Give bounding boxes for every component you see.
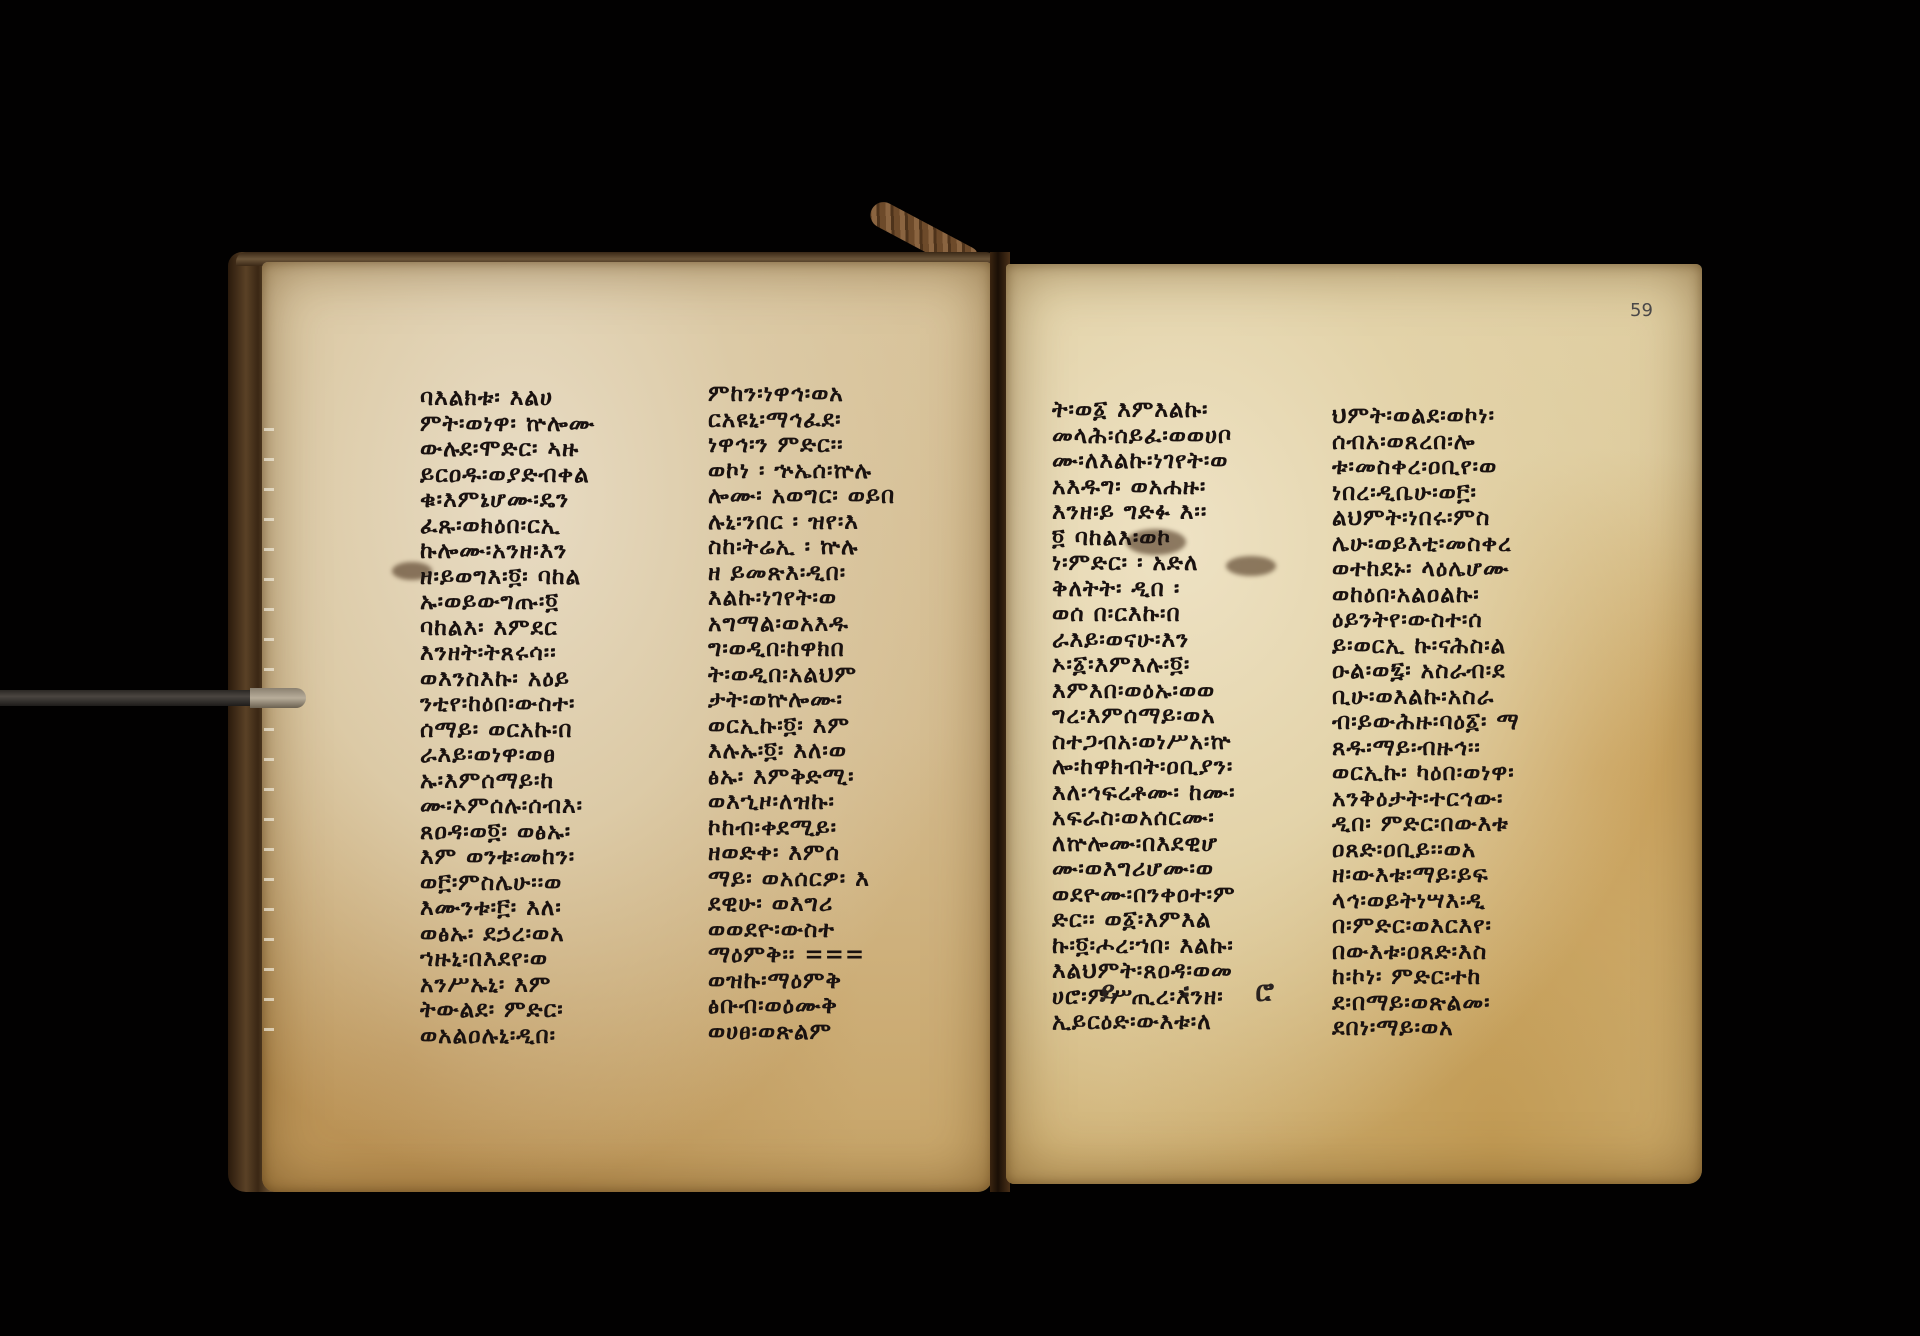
text-line: ልህምት፡ነበሩ፡ምስ — [1332, 506, 1520, 532]
text-line: ወከዕበ፡አልዐልኩ፡ — [1332, 583, 1520, 609]
text-line: ለኵሎሙ፡በእደዊሆ — [1052, 832, 1236, 858]
right-page-column-2: ህምት፡ወልደ፡ወኮነ፡ ሰብአ፡ወጸረበ፡ሎ ቱ፡መስቀረ፡ዐቢየ፡ወ ነበረ… — [1332, 404, 1520, 1042]
text-line: ራእይ፡ወነዋ፡ወፀ — [420, 743, 595, 769]
text-line: ስከ፡ትሬኢ ፡ ኵሉ — [708, 535, 895, 561]
text-line: ወተከደኑ፡ ላዕሌሆሙ — [1332, 557, 1520, 583]
text-line: በ፡ምድር፡ወእርእየ፡ — [1332, 914, 1520, 940]
text-line: ጸዱ፡ማይ፡ብዙኅ፡፡ — [1332, 736, 1520, 762]
text-line: ዘ ይመጽእ፡ዲበ፡ — [708, 561, 895, 587]
text-line: ኦ፡፩፡እምእሉ፡፬፡ — [1052, 653, 1236, 679]
text-line: ዐጸድ፡ዐቢይ፡፡ወአ — [1332, 838, 1520, 864]
text-line: ንቲየ፡ከዕበ፡ውስተ፡ — [420, 692, 595, 718]
text-line: ወደዮሙ፡በንቀዐተ፡ም — [1052, 883, 1236, 909]
text-line: ወፅኡ፡ ደኃረ፡ወአ — [420, 922, 595, 948]
text-line: ርአዩኒ፡ማኅፈደ፡ — [708, 408, 895, 434]
folio-number: 59 — [1630, 300, 1653, 321]
catchword: ይ ፡ ሮ — [1100, 975, 1302, 1009]
text-line: ደ፡በማይ፡ወጽልመ፡ — [1332, 991, 1520, 1017]
right-page-column-1: ት፡ወ፩ እምእልኩ፡ መላሕ፡ሰይፈ፡ወወሀቦ ሙ፡ለእልኩ፡ነገየት፡ወ አ… — [1052, 398, 1236, 1036]
text-line: ማዕምቅ፡፡ === — [708, 943, 895, 969]
text-line: ፅቡብ፡ወዕሙቅ — [708, 994, 895, 1020]
text-line: ዘወድቀ፡ እምሰ — [708, 841, 895, 867]
text-line: ደዊሁ፡ ወእግሪ — [708, 892, 895, 918]
text-line: ቢሁ፡ወእልኩ፡አስራ — [1332, 685, 1520, 711]
text-line: ሎ፡ከዋክብት፡ዐቢያን፡ — [1052, 755, 1236, 781]
text-line: አእዱግ፡ ወአሐዙ፡ — [1052, 475, 1236, 501]
text-line: ወወደዮ፡ውስተ — [708, 918, 895, 944]
text-line: ወእንስእኩ፡ አዕይ — [420, 667, 595, 693]
text-line: ብ፡ይውሕዙ፡ባዕ፩፡ ማ — [1332, 710, 1520, 736]
text-line: ምት፡ወነዋ፡ ኵሎሙ — [420, 412, 595, 438]
text-line: ነበረ፡ዲቤሁ፡ወ፫፡ — [1332, 481, 1520, 507]
text-line: ነዋኅ፡ን ምድር፡፡ — [708, 433, 895, 459]
text-line: ት፡ወዲበ፡አልህም — [708, 663, 895, 689]
text-line: ዘ፡ይወግእ፡፬፡ ባከል — [420, 565, 595, 591]
pricking-holes — [264, 410, 274, 1050]
text-line: ሌሁ፡ወይእቲ፡መስቀረ — [1332, 532, 1520, 558]
text-line: እሙንቱ፡፫፡ እለ፡ — [420, 896, 595, 922]
text-line: ዑል፡ወ፯፡ አስራብ፡ደ — [1332, 659, 1520, 685]
text-line: ትውልደ፡ ምድር፡ — [420, 998, 595, 1024]
text-line: ከ፡ኮነ፡ ምድር፡ተከ — [1332, 965, 1520, 991]
text-line: በውእቱ፡ዐጸድ፡እስ — [1332, 940, 1520, 966]
text-line: እም ወንቱ፡መከን፡ — [420, 845, 595, 871]
text-line: ሰማይ፡ ወርአኩ፡በ — [420, 718, 595, 744]
text-line: ወአልዐሉኒ፡ዲበ፡ — [420, 1024, 595, 1050]
text-line: እለ፡ኅፍረቶሙ፡ ከሙ፡ — [1052, 781, 1236, 807]
text-line: ስተጋብአ፡ወነሥአ፡ኵ — [1052, 730, 1236, 756]
text-line: ወኮነ ፡ ኍኤሰ፡ኵሉ — [708, 459, 895, 485]
text-line: ፅኡ፡ እምቅድሚ፡ — [708, 765, 895, 791]
text-line: ወሀፀ፡ወጽልም — [708, 1020, 895, 1046]
text-line: ኡ፡እምሰማይ፡ከ — [420, 769, 595, 795]
text-line: ኩ፡፬፡ሖረ፡ኀበ፡ እልኩ፡ — [1052, 934, 1236, 960]
text-line: ራእይ፡ወናሁ፡እን — [1052, 628, 1236, 654]
text-line: ዘ፡ውእቱ፡ማይ፡ይፍ — [1332, 863, 1520, 889]
pointer-stick-tip — [250, 688, 306, 708]
text-line: ምከን፡ነዋኅ፡ወአ — [708, 382, 895, 408]
text-line: ኩሎሙ፡አንዘ፡እን — [420, 539, 595, 565]
text-line: ነ፡ምድር፡ ፡ አድለ — [1052, 551, 1236, 577]
text-line: ወርኢኩ፡፬፡ እም — [708, 714, 895, 740]
text-line: ወ፫፡ምስሌሁ፡፡ወ — [420, 871, 595, 897]
text-line: እንዘ፡ይ ግድፉ እ፡፡ — [1052, 500, 1236, 526]
text-line: አፍራስ፡ወአሰርሙ፡ — [1052, 806, 1236, 832]
text-line: እንዘት፡ትጸሩሳ፡፡ — [420, 641, 595, 667]
text-line: ባከልእ፡ እምደር — [420, 616, 595, 642]
text-line: እልኩ፡ነገየት፡ወ — [708, 586, 895, 612]
text-line: ሙ፡ወእግሪሆሙ፡ወ — [1052, 857, 1236, 883]
text-line: ወእኂዞ፡ለዝኩ፡ — [708, 790, 895, 816]
left-page-column-2: ምከን፡ነዋኅ፡ወአ ርአዩኒ፡ማኅፈደ፡ ነዋኅ፡ን ምድር፡፡ ወኮነ ፡ … — [708, 382, 895, 1045]
text-line: ዲበ፡ ምድር፡በውእቱ — [1332, 812, 1520, 838]
text-line: ይ፡ወርኢ ኩ፡ናሕስ፡ል — [1332, 634, 1520, 660]
text-line: ኢይርዕድ፡ውእቱ፡ለ — [1052, 1010, 1236, 1036]
text-line: ቁ፡እምኔሆሙ፡ዴን — [420, 488, 595, 514]
text-line: አግማል፡ወአእዱ — [708, 612, 895, 638]
text-line: ፬ ባከልእ፡ወኮ — [1052, 526, 1236, 552]
text-line: ግረ፡እምሰማይ፡ወአ — [1052, 704, 1236, 730]
text-line: ፈጹ፡ወክዕበ፡ርኢ — [420, 514, 595, 540]
text-line: እሉኡ፡፬፡ እለ፡ወ — [708, 739, 895, 765]
text-line: ይርዐዱ፡ወያድብቀል — [420, 463, 595, 489]
text-line: ዕይንትየ፡ውስተ፡ሰ — [1332, 608, 1520, 634]
text-line: ግ፡ወዲበ፡ከዋክበ — [708, 637, 895, 663]
text-line: ኮከብ፡ቀደሚይ፡ — [708, 816, 895, 842]
text-line: ጸዐዳ፡ወ፬፡ ወፅኡ፡ — [420, 820, 595, 846]
text-line: ውሉደ፡ሞድር፡ ኣዙ — [420, 437, 595, 463]
text-line: ቅለትት፡ ዲበ ፡ — [1052, 577, 1236, 603]
text-line: ደበነ፡ማይ፡ወአ — [1332, 1016, 1520, 1042]
text-line: ላኅ፡ወይትነሣእ፡ዲ — [1332, 889, 1520, 915]
text-line: ሙ፡ለእልኩ፡ነገየት፡ወ — [1052, 449, 1236, 475]
text-line: ወሰ በ፡ርእኩ፡በ — [1052, 602, 1236, 628]
text-line: እምእበ፡ወዕኡ፡ወወ — [1052, 679, 1236, 705]
text-line: መላሕ፡ሰይፈ፡ወወሀቦ — [1052, 424, 1236, 450]
text-line: ኀዙኒ፡በእደየ፡ወ — [420, 947, 595, 973]
text-line: ቱ፡መስቀረ፡ዐቢየ፡ወ — [1332, 455, 1520, 481]
text-line: አንቅዕታት፡ተርኅው፡ — [1332, 787, 1520, 813]
manuscript-photo: ባእልክቱ፡ እልሀ ምት፡ወነዋ፡ ኵሎሙ ውሉደ፡ሞድር፡ ኣዙ ይርዐዱ፡… — [0, 0, 1920, 1336]
text-line: ባእልክቱ፡ እልሀ — [420, 386, 595, 412]
text-line: ወዝኩ፡ማዕምቅ — [708, 969, 895, 995]
text-line: ማይ፡ ወአሰርዎ፡ እ — [708, 867, 895, 893]
text-line: ሎሙ፡ አወግር፡ ወይበ — [708, 484, 895, 510]
text-line: አንሥኡኒ፡ እም — [420, 973, 595, 999]
text-line: ታት፡ወኵሎሙ፡ — [708, 688, 895, 714]
text-line: ወርኢኩ፡ ካዕበ፡ወነዋ፡ — [1332, 761, 1520, 787]
text-line: ሰብአ፡ወጸረበ፡ሎ — [1332, 430, 1520, 456]
text-line: ት፡ወ፩ እምእልኩ፡ — [1052, 398, 1236, 424]
text-line: ሉኒ፡ንበር ፡ ዝየ፡እ — [708, 510, 895, 536]
text-line: ህምት፡ወልደ፡ወኮነ፡ — [1332, 404, 1520, 430]
text-line: ሙ፡ኦምሰሉ፡ሰብእ፡ — [420, 794, 595, 820]
text-line: ኡ፡ወይውግጡ፡፬ — [420, 590, 595, 616]
text-line: ድር፡፡ ወ፩፡እምእል — [1052, 908, 1236, 934]
left-page-column-1: ባእልክቱ፡ እልሀ ምት፡ወነዋ፡ ኵሎሙ ውሉደ፡ሞድር፡ ኣዙ ይርዐዱ፡… — [420, 386, 595, 1049]
